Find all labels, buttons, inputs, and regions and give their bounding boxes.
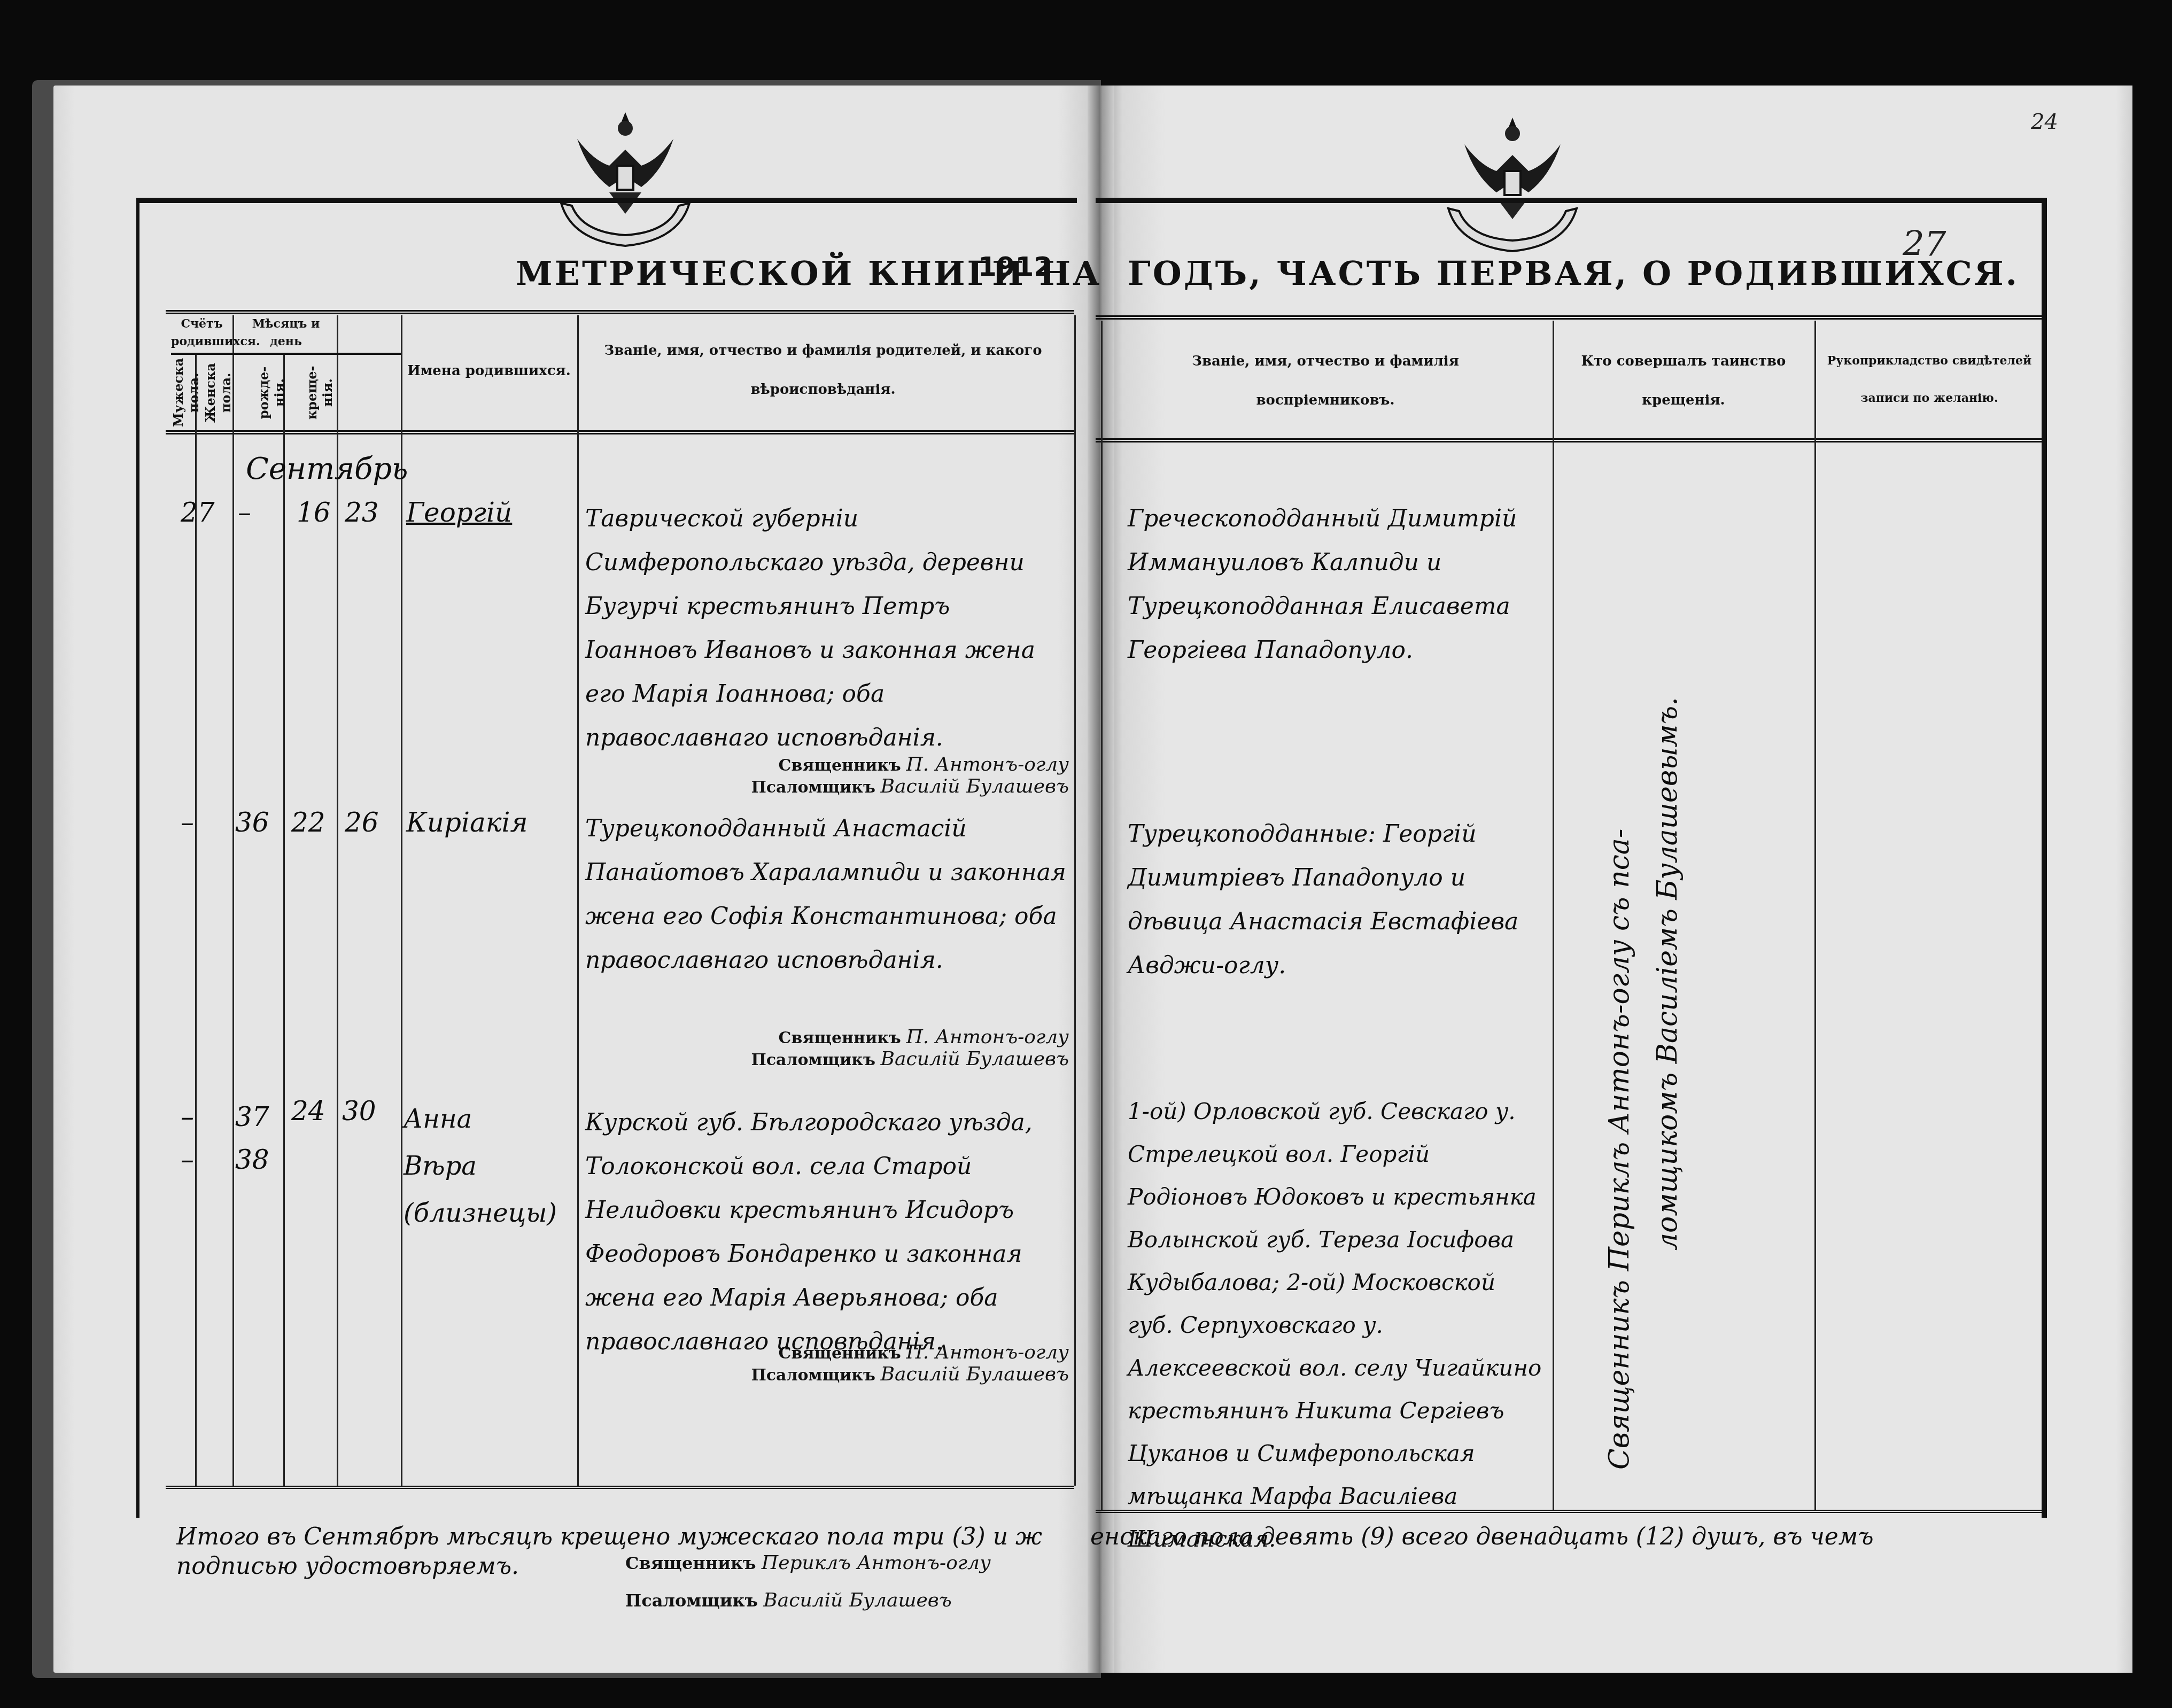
entry-1-godparents: Греческоподданный Димитрій Иммануиловъ К… xyxy=(1128,497,1545,672)
footer-signatures: Священникъ Периклъ Антонъ-оглу Псаломщик… xyxy=(625,1544,1213,1619)
entry-3-female-no: 37 38 xyxy=(235,1096,269,1181)
entry-1-birth-day: 16 xyxy=(297,497,331,528)
footer-rule-left xyxy=(166,1486,1074,1489)
header-top-rule-right xyxy=(1096,315,2047,320)
entry-3-signatures: Священникъ П. Антонъ-оглу Псаломщикъ Вас… xyxy=(695,1341,1069,1385)
header-witnesses: Рукоприкладство свидѣтелей записи по жел… xyxy=(1817,342,2042,417)
col-line xyxy=(1101,321,1103,1510)
priest-signature: П. Антонъ-оглу xyxy=(906,1341,1069,1363)
psalmist-signature: Василій Булашевъ xyxy=(881,775,1069,797)
priest-label: Священникъ xyxy=(779,1029,901,1047)
entry-1-baptism-day: 23 xyxy=(345,497,379,528)
performer-note-line-2: ломщикомъ Василіемъ Булашевымъ. xyxy=(1651,609,1684,1251)
entry-1-parents: Таврической губерніи Симферопольскаго уѣ… xyxy=(585,497,1066,760)
entry-2-female-no: 36 xyxy=(235,807,269,838)
footer-psalmist-label: Псаломщикъ xyxy=(625,1590,758,1611)
priest-signature: П. Антонъ-оглу xyxy=(906,754,1069,775)
header-count-male: Мужеска пола. xyxy=(171,358,195,428)
psalmist-label: Псаломщикъ xyxy=(751,1051,875,1069)
psalmist-label: Псаломщикъ xyxy=(751,778,875,797)
entry-3-birth-day: 24 xyxy=(291,1096,325,1127)
footer-priest-label: Священникъ xyxy=(625,1553,756,1573)
footer-summary-line-2: подписью удостовѣряемъ. xyxy=(176,1552,519,1580)
entry-3-godparents: 1-ой) Орловской губ. Севскаго у. Стрелец… xyxy=(1128,1090,1545,1561)
year: 1912 xyxy=(978,251,1052,282)
psalmist-label: Псаломщикъ xyxy=(751,1366,875,1385)
entry-3-male-no: – – xyxy=(181,1096,194,1181)
col-line xyxy=(1074,315,1076,1486)
header-top-rule-left xyxy=(166,310,1074,314)
header-date: Мѣсяцъ и день xyxy=(235,315,337,351)
header-performer: Кто совершалъ таинство крещенія. xyxy=(1561,342,1806,420)
col-line xyxy=(232,315,234,1486)
entry-2-male-no: – xyxy=(181,807,194,838)
col-line xyxy=(283,353,285,1486)
entry-2-parents: Турецкоподданный Анастасій Панайотовъ Ха… xyxy=(585,807,1066,982)
col-line xyxy=(337,315,338,1486)
header-date-birth: рожде-нія. xyxy=(257,358,281,428)
priest-signature: П. Антонъ-оглу xyxy=(906,1026,1069,1048)
entry-1-signatures: Священникъ П. Антонъ-оглу Псаломщикъ Вас… xyxy=(695,754,1069,797)
header-count: Счётъ родившихся. xyxy=(171,315,232,351)
footer-summary-line-1-right: енскаго пола девять (9) всего двенадцать… xyxy=(1090,1523,2052,1550)
col-line xyxy=(1553,321,1554,1510)
performer-note-line-1: Священникъ Периклъ Антонъ-оглу съ пса- xyxy=(1603,588,1635,1470)
footer-priest-signature: Периклъ Антонъ-оглу xyxy=(762,1552,991,1574)
header-godparents: Званіе, имя, отчество и фамилія воспріем… xyxy=(1133,342,1518,420)
header-count-female: Женска пола. xyxy=(203,358,230,428)
entry-2-child-name: Киріакія xyxy=(406,807,528,838)
subheader-rule xyxy=(171,353,401,355)
month-label: Сентябрь xyxy=(246,452,408,486)
footer-psalmist-signature: Василій Булашевъ xyxy=(763,1589,951,1611)
psalmist-signature: Василій Булашевъ xyxy=(881,1048,1069,1070)
header-bottom-rule-right xyxy=(1096,438,2047,442)
entry-3-child-names: Анна Вѣра (близнецы) xyxy=(404,1096,557,1237)
col-line xyxy=(577,315,579,1486)
header-date-baptism: креще-нія. xyxy=(305,358,331,428)
priest-label: Священникъ xyxy=(779,756,901,775)
entry-1-male-no: 27 xyxy=(181,497,215,528)
entry-3-parents: Курской губ. Бѣлгородскаго уѣзда, Толоко… xyxy=(585,1101,1066,1364)
header-parents: Званіе, имя, отчество и фамилія родителе… xyxy=(583,331,1064,409)
header-bottom-rule-left xyxy=(166,430,1074,434)
entry-1-child-name: Георгій xyxy=(406,497,512,528)
col-line xyxy=(1814,321,1816,1510)
header-names: Имена родившихся. xyxy=(404,358,575,384)
col-line xyxy=(401,315,402,1486)
folio-number: 24 xyxy=(2031,110,2058,134)
entry-3-baptism-day: 30 xyxy=(342,1096,376,1127)
entry-2-signatures: Священникъ П. Антонъ-оглу Псаломщикъ Вас… xyxy=(695,1026,1069,1070)
title-right: ГОДЪ, ЧАСТЬ ПЕРВАЯ, О РОДИВШИХСЯ. xyxy=(1128,254,2019,293)
psalmist-signature: Василій Булашевъ xyxy=(881,1363,1069,1385)
entry-2-baptism-day: 26 xyxy=(345,807,379,838)
handwritten-page-number: 27 xyxy=(1903,224,1946,264)
priest-label: Священникъ xyxy=(779,1344,901,1363)
entry-1-female-no: – xyxy=(238,497,251,528)
entry-2-godparents: Турецкоподданные: Георгій Димитріевъ Пап… xyxy=(1128,812,1545,988)
entry-2-birth-day: 22 xyxy=(291,807,325,838)
